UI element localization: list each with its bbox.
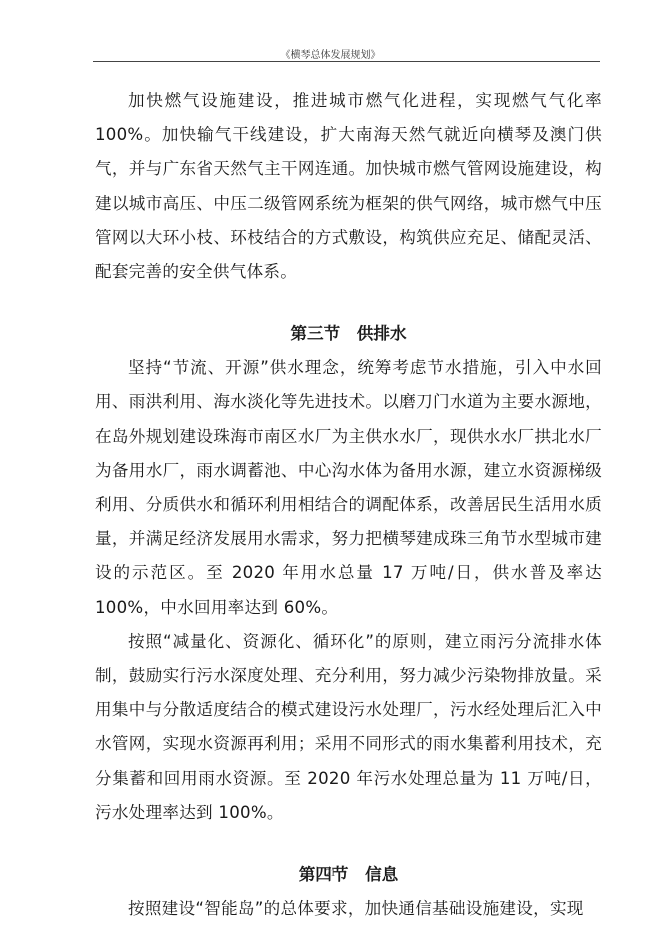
paragraph-gas-supply: 加快燃气设施建设，推进城市燃气化进程，实现燃气气化率 100%。加快输气干线建设…	[95, 84, 602, 289]
paragraph-water-supply: 坚持“节流、开源”供水理念，统筹考虑节水措施，引入中水回用、雨洪利用、海水淡化等…	[95, 351, 602, 625]
running-header-title: 《横琴总体发展规划》	[0, 46, 661, 61]
page-body: 加快燃气设施建设，推进城市燃气化进程，实现燃气气化率 100%。加快输气干线建设…	[95, 84, 602, 926]
section-heading-water: 第三节 供排水	[95, 317, 602, 351]
paragraph-drainage: 按照“减量化、资源化、循环化”的原则，建立雨污分流排水体制，鼓励实行污水深度处理…	[95, 625, 602, 830]
paragraph-information: 按照建设“智能岛”的总体要求，加快通信基础设施建设，实现	[95, 892, 602, 926]
page-number: 21	[0, 868, 661, 879]
header-divider	[93, 61, 600, 62]
